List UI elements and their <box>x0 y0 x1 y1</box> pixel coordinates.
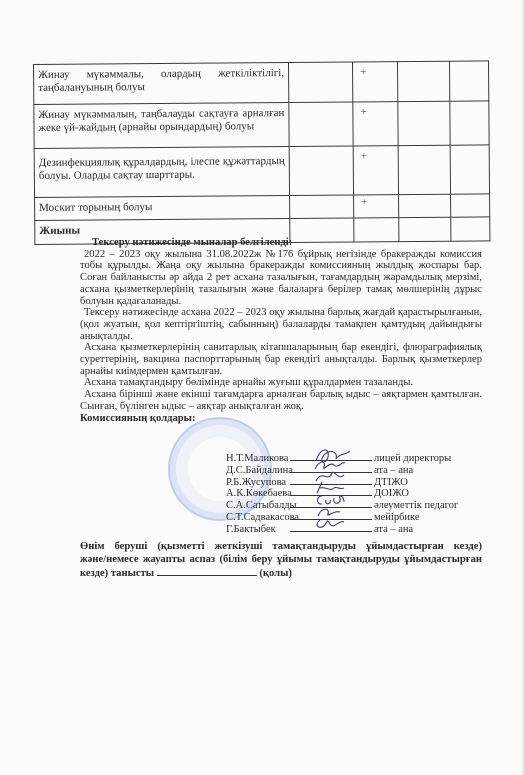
table-row: Жинау мүкәммалын, таңбалауды сақтауға ар… <box>34 101 489 149</box>
findings-paragraph: Асхана бірінші және екінші тағамдарға ар… <box>80 389 482 412</box>
mark-cell <box>289 146 353 196</box>
findings-section: Тексеру нәтижесінде мыналар белгіленді: … <box>80 237 482 424</box>
mark-cell: + <box>353 102 398 146</box>
findings-heading: Тексеру нәтижесінде мыналар белгіленді: <box>92 237 482 249</box>
signatures-heading: Комиссияның қолдары: <box>80 413 482 425</box>
mark-cell <box>397 61 449 101</box>
findings-paragraph: Асхана тамақтандыру бөлімінде арнайы жуғ… <box>80 377 482 389</box>
signature-row: Г.Бактыбек ата – ана <box>226 522 458 534</box>
findings-paragraph: 2022 – 2023 оқу жылына 31.08.2022ж №176 … <box>80 249 482 308</box>
criterion-cell: Жинау мүкәммалы, олардың жеткіліктілігі,… <box>34 62 289 104</box>
signature-list: Н.Т.Маликова лицей директоры Д.С.Байдали… <box>226 451 458 534</box>
mark-cell: + <box>352 62 397 102</box>
acknowledgement-section: Өнім беруші (қызметті жеткізуші тамақтан… <box>80 541 482 580</box>
signature-line <box>290 522 372 532</box>
criterion-cell: Москит торының болуы <box>35 195 290 220</box>
findings-paragraph: Асхана қызметкерлерінің санитарлық кітап… <box>80 342 482 377</box>
criterion-cell: Дезинфекциялық құралдардың, ілеспе құжат… <box>34 146 289 197</box>
mark-cell: + <box>354 195 399 218</box>
table-row: Жинау мүкәммалы, олардың жеткіліктілігі,… <box>34 61 489 105</box>
criterion-cell: Жинау мүкәммалын, таңбалауды сақтауға ар… <box>34 102 289 148</box>
mark-cell <box>288 62 352 103</box>
document-page: Жинау мүкәммалы, олардың жеткіліктілігі,… <box>0 0 525 775</box>
table-row: Дезинфекциялық құралдардың, ілеспе құжат… <box>34 145 489 198</box>
mark-cell <box>450 145 489 194</box>
mark-cell <box>398 101 450 145</box>
mark-cell <box>450 101 489 145</box>
acknowledgement-signature-line <box>157 567 257 576</box>
mark-cell <box>289 102 353 147</box>
mark-cell <box>449 61 488 101</box>
mark-cell <box>451 194 490 217</box>
mark-cell <box>290 195 354 219</box>
inspection-table: Жинау мүкәммалы, олардың жеткіліктілігі,… <box>33 60 490 245</box>
mark-cell <box>398 145 450 194</box>
mark-cell <box>399 194 451 217</box>
mark-cell: + <box>353 146 398 195</box>
handwritten-signature-icon <box>312 516 348 532</box>
findings-paragraph: Тексеру нәтижесінде асхана 2022 – 2023 о… <box>80 307 482 342</box>
